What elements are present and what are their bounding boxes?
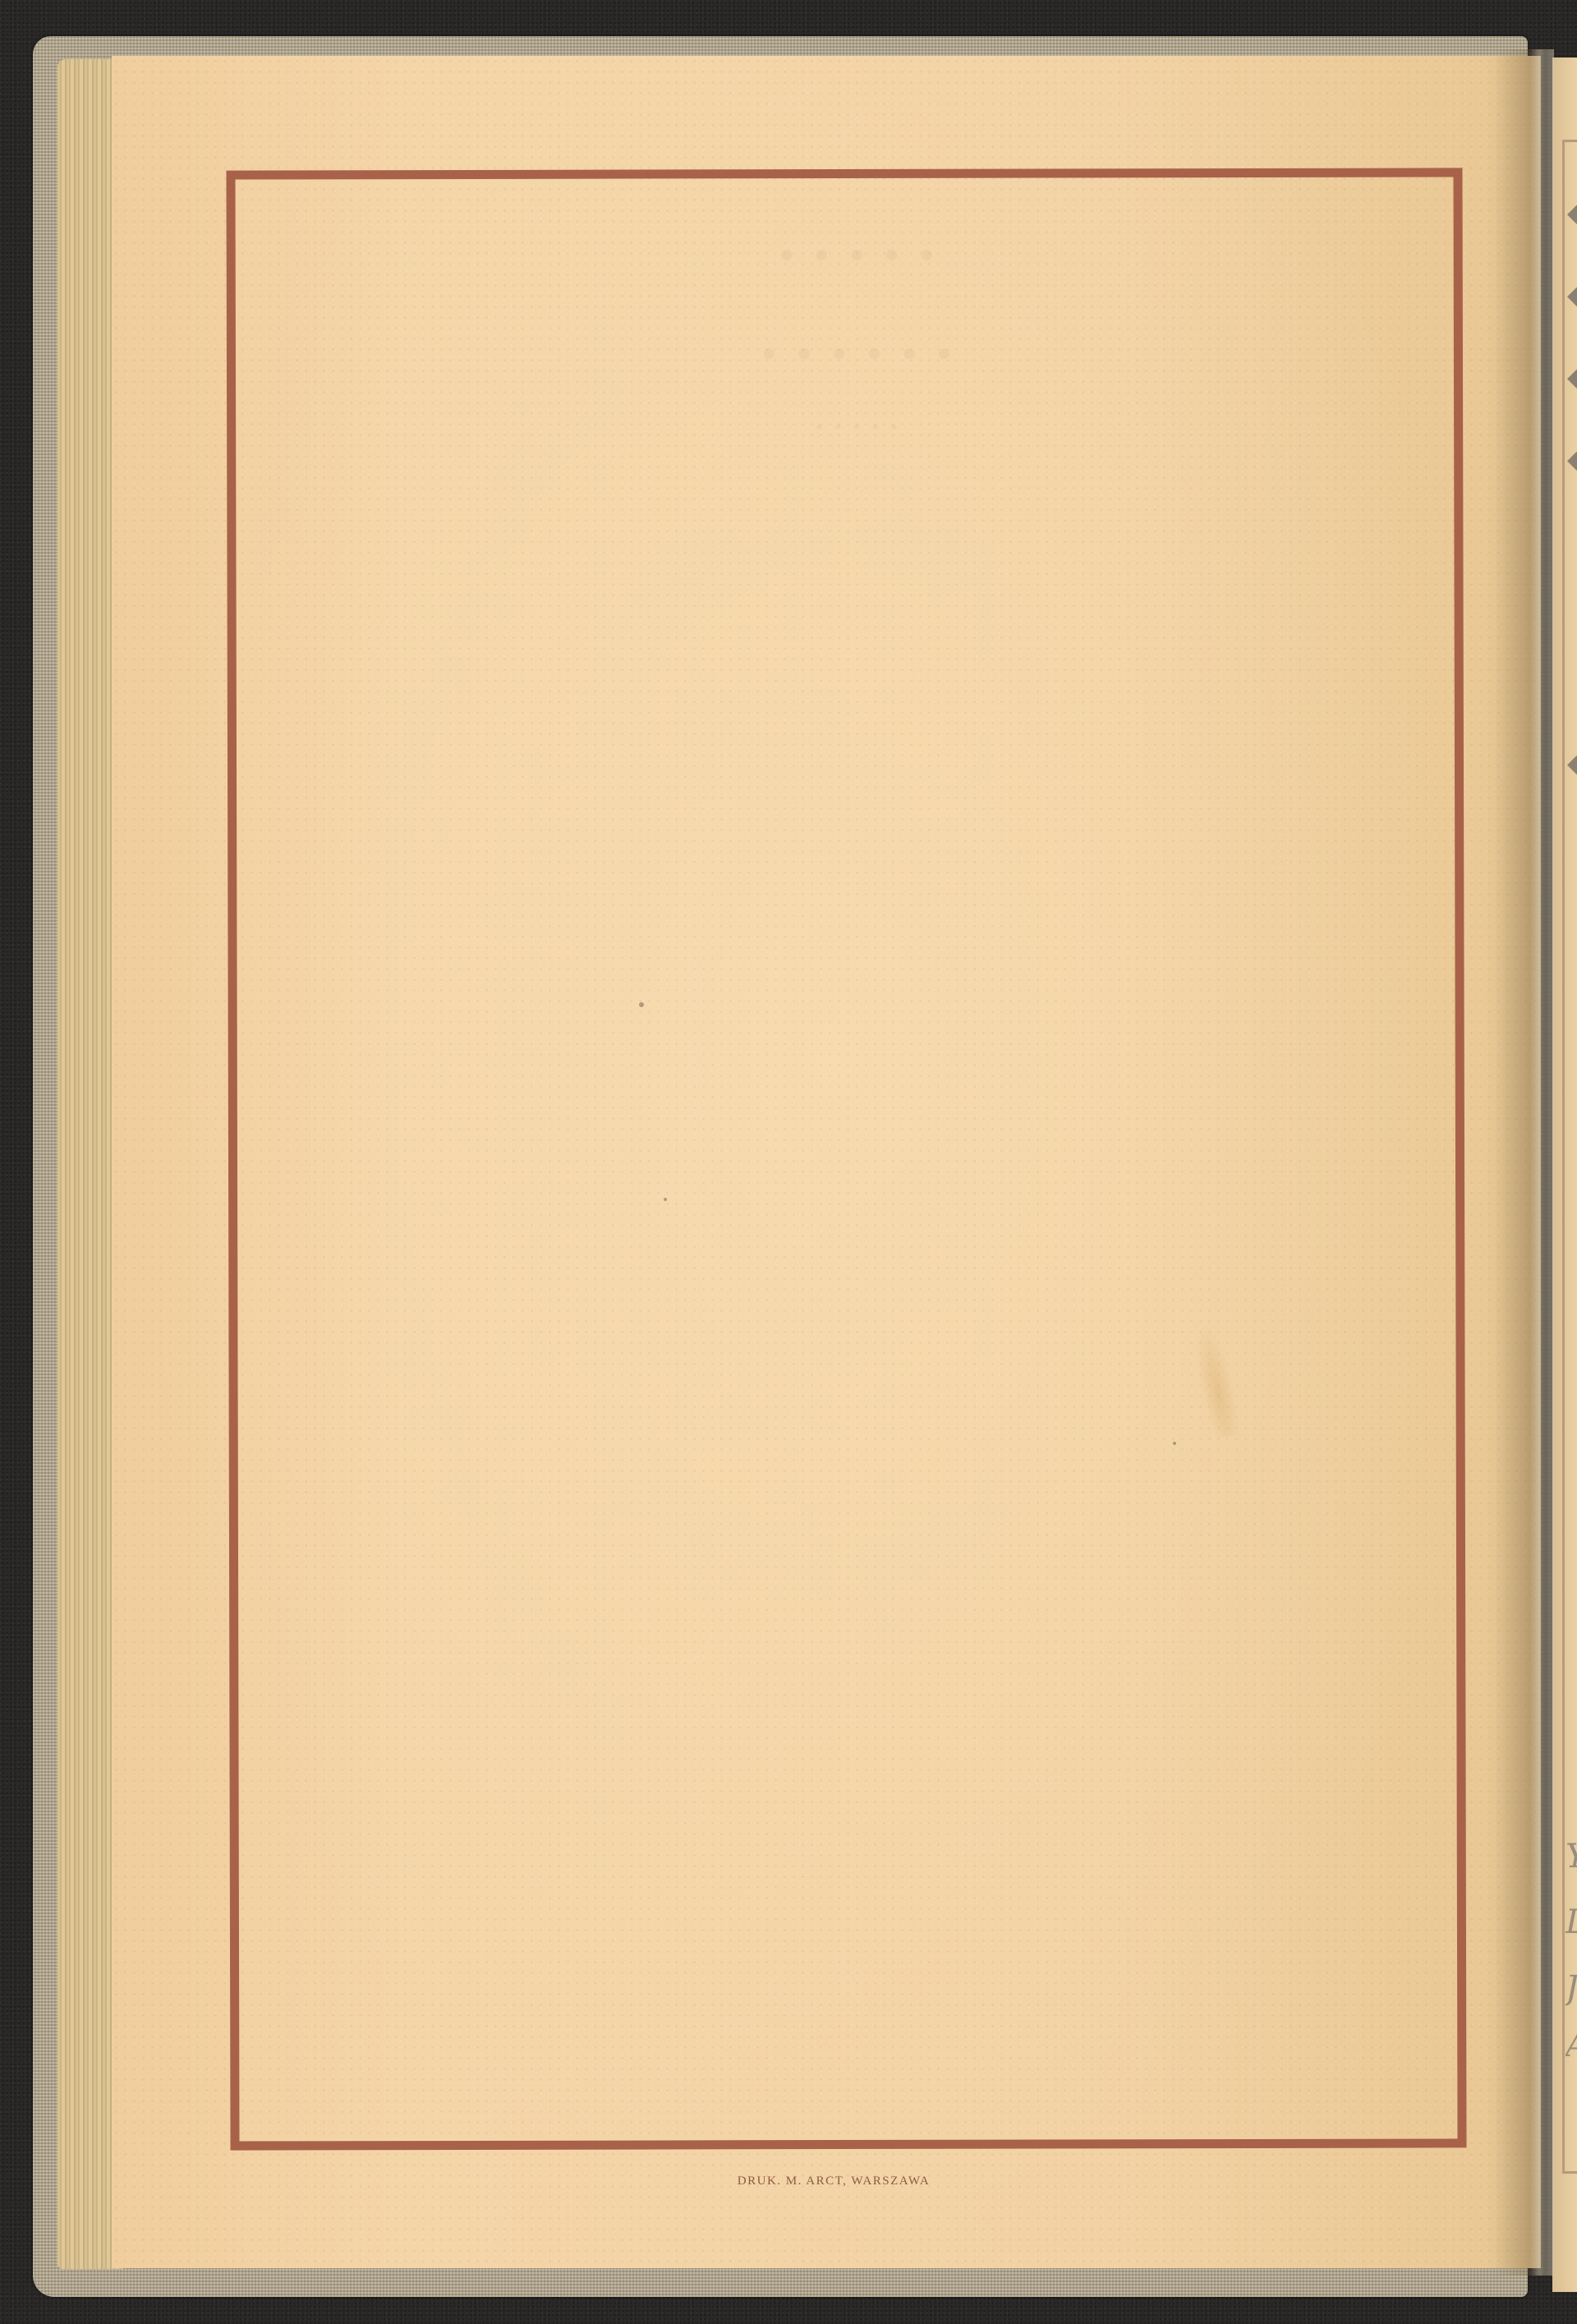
gutter-shadow [1495,49,1554,2276]
facing-handwriting: L [1566,1898,1577,1947]
facing-ornament-icon: ◆ [1567,189,1577,238]
facing-ornament-icon: ◆ [1567,271,1577,320]
facing-ornament-icon: ◆ [1567,435,1577,485]
paper-speck [1173,1442,1176,1445]
facing-ornament-icon: ◆ [1567,739,1577,789]
facing-handwriting: Y [1566,1832,1577,1881]
printed-border-frame [226,168,1466,2150]
paper-speck [639,1002,644,1007]
facing-handwriting: A [1566,2021,1577,2070]
facing-ornament-icon: ◆ [1567,353,1577,403]
paper-speck [664,1198,667,1201]
printer-imprint: DRUK. M. ARCT, WARSZAWA [0,2174,1577,2188]
facing-handwriting: J [1566,1963,1577,2013]
